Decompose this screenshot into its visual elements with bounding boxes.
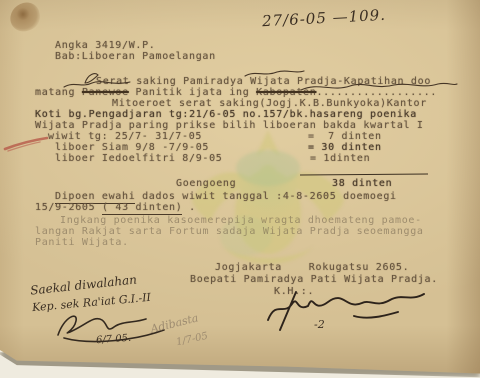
holiday-row-value: = 7 dinten (308, 132, 382, 142)
green-blotch (236, 148, 298, 222)
para2-line2: Koti bg.Pengadjaran tg:21/6-05 no.157/bk… (35, 110, 417, 120)
holiday-row-label: liboer Siam 9/8 -7/9-05 (55, 143, 209, 153)
total-value: 38 dinten (332, 179, 392, 189)
para2-line3: Wijata Pradja paring prikse bilih liboer… (35, 121, 424, 131)
red-pencil-margin-mark (2, 134, 50, 152)
para3-line2: langan Rakjat sarta Fortum sadaja Wijata… (35, 227, 424, 237)
signature-right (258, 286, 433, 338)
holiday-row-label: wiwit tg: 25/7- 31/7-05 (48, 132, 202, 142)
handwritten-correction-scribble-2 (243, 68, 307, 79)
scribble-stroke (301, 83, 457, 90)
para3-line1: Ingkang poenika kasoemerepija wragta dho… (60, 216, 422, 226)
signature-right-suffix: -2 (314, 318, 325, 331)
holiday-row-value: = 30 dinten (308, 143, 382, 153)
signatory-office: Boepati Pamiradya Pati Wijata Pradja. (190, 275, 438, 285)
red-stroke (5, 138, 47, 149)
place-and-date: Jogjakarta Rokugatsu 2605. (215, 263, 409, 273)
underlined-43-dinten: ( 43 dinten) (102, 202, 182, 215)
holiday-row-label: liboer Iedoelfitri 8/9-05 (55, 154, 223, 164)
letter-subject: Bab:Liboeran Pamoelangan (55, 52, 216, 62)
scanned-document: 27/6-05 —109. Angka 3419/W.P. Bab:Liboer… (0, 0, 480, 378)
signature-stroke (268, 292, 424, 330)
amendment-line1: Dipoen ewahi dados wiwit tanggal :4-8-26… (55, 192, 397, 202)
holiday-row-value: = 1dinten (310, 154, 370, 164)
amendment-line1-rest: dados wiwit tanggal :4-8-2605 doemoegi (135, 191, 396, 202)
handwritten-correction-scribble (62, 79, 134, 91)
handwritten-correction-over-dots (298, 80, 460, 94)
letter-number: Angka 3419/W.P. (55, 41, 156, 51)
scribble-stroke (245, 71, 304, 76)
para2-line1: Mitoeroet serat saking(Jogj.K.B.Bunkyoka… (112, 99, 427, 109)
amendment-line2-pre: 15/9-2605 (35, 202, 102, 213)
total-label: Goengoeng (176, 179, 236, 189)
scribble-stroke (64, 82, 130, 87)
ink-stain-core (16, 8, 30, 20)
amendment-line2-post: . (182, 202, 195, 213)
para1-line2-mid: Panitik ijata ing (129, 87, 256, 98)
para3-line3: Paniti Wijata. (35, 238, 129, 248)
amendment-line2: 15/9-2605 ( 43 dinten) . (35, 203, 196, 213)
